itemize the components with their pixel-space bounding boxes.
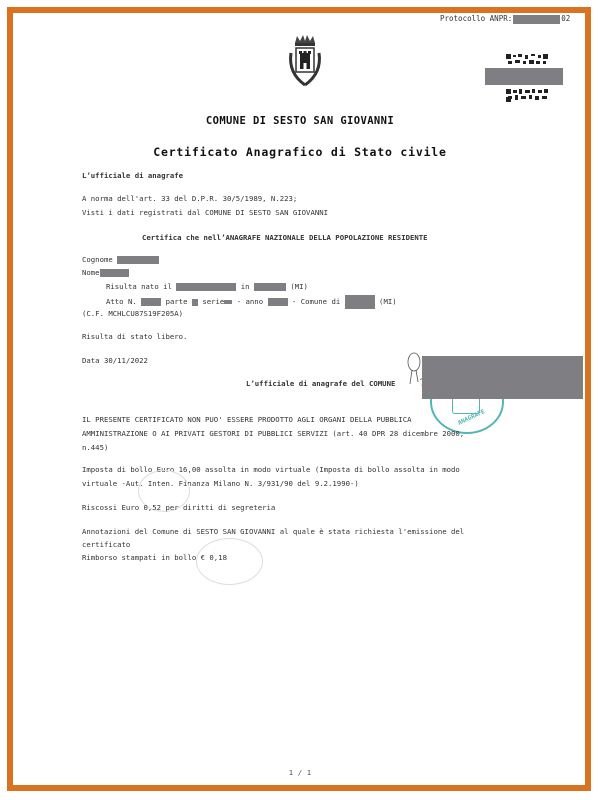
act-prefix: Atto N.: [106, 297, 137, 306]
birth-row: Risulta nato il in (MI): [106, 282, 308, 291]
redacted-act-number: [141, 298, 161, 306]
redacted-act-municipality: [345, 295, 375, 309]
restriction-line-2: AMMINISTRAZIONE O AI PRIVATI GESTORI DI …: [82, 429, 464, 438]
certificate-document: Protocollo ANPR:02 COMUNE DI SESTO SAN G…: [0, 0, 600, 800]
restriction-line-1: IL PRESENTE CERTIFICATO NON PUO' ESSERE …: [82, 415, 411, 424]
annotations-line-1: Annotazioni del Comune di SESTO SAN GIOV…: [82, 527, 464, 536]
birth-in: in: [241, 282, 250, 291]
redacted-name: [100, 269, 129, 277]
issue-date: Data 30/11/2022: [82, 356, 148, 365]
name-row: Nome: [82, 268, 129, 277]
coat-of-arms-icon: [285, 33, 325, 93]
municipality-title: COMUNE DI SESTO SAN GIOVANNI: [0, 115, 600, 127]
certifies-heading: Certifica che nell’ANAGRAFE NAZIONALE DE…: [142, 233, 428, 242]
surname-row: Cognome: [82, 255, 159, 264]
protocol-suffix: 02: [561, 14, 570, 23]
stamp-duty-line-2: virtuale -Aut. Inten. Finanza Milano N. …: [82, 479, 359, 488]
protocol-label: Protocollo ANPR:: [440, 14, 512, 23]
surname-label: Cognome: [82, 255, 113, 264]
faint-seal-mark: [196, 538, 263, 585]
data-source: Visti i dati registrati dal COMUNE DI SE…: [82, 208, 328, 217]
redacted-surname: [117, 256, 159, 264]
name-label: Nome: [82, 268, 100, 277]
redacted-act-part: [192, 299, 198, 306]
act-province: (MI): [379, 297, 397, 306]
redacted-act-series: [224, 300, 232, 304]
restriction-line-3: n.445): [82, 443, 108, 452]
redacted-birth-place: [254, 283, 286, 291]
norm-reference: A norma dell'art. 33 del D.P.R. 30/5/198…: [82, 194, 297, 203]
officer-heading: L’ufficiale di anagrafe: [82, 171, 183, 180]
marital-status: Risulta di stato libero.: [82, 332, 187, 341]
redacted-qr-info: [485, 68, 563, 85]
fees-line: Riscossi Euro 0,52 per diritti di segret…: [82, 503, 275, 512]
birth-province: (MI): [290, 282, 308, 291]
act-series: serie: [202, 297, 224, 306]
redacted-act-year: [268, 298, 288, 306]
birth-prefix: Risulta nato il: [106, 282, 172, 291]
redacted-birth-date: [176, 283, 236, 291]
protocol-number: Protocollo ANPR:02: [440, 14, 570, 24]
act-part: parte: [166, 297, 188, 306]
tax-code: (C.F. MCHLCU87S19F205A): [82, 309, 183, 318]
act-year: - anno: [237, 297, 263, 306]
act-municipality: - Comune di: [292, 297, 340, 306]
certificate-title: Certificato Anagrafico di Stato civile: [0, 145, 600, 159]
page-number: 1 / 1: [0, 768, 600, 777]
redacted-protocol: [513, 15, 560, 24]
redacted-signature-block: [422, 356, 583, 399]
officer-signature-label: L’ufficiale di anagrafe del COMUNE: [246, 379, 395, 388]
annotations-line-2: certificato: [82, 540, 130, 549]
stamp-duty-line-1: Imposta di bollo Euro 16,00 assolta in m…: [82, 465, 460, 474]
act-row: Atto N. parte serie - anno - Comune di (…: [106, 295, 397, 309]
